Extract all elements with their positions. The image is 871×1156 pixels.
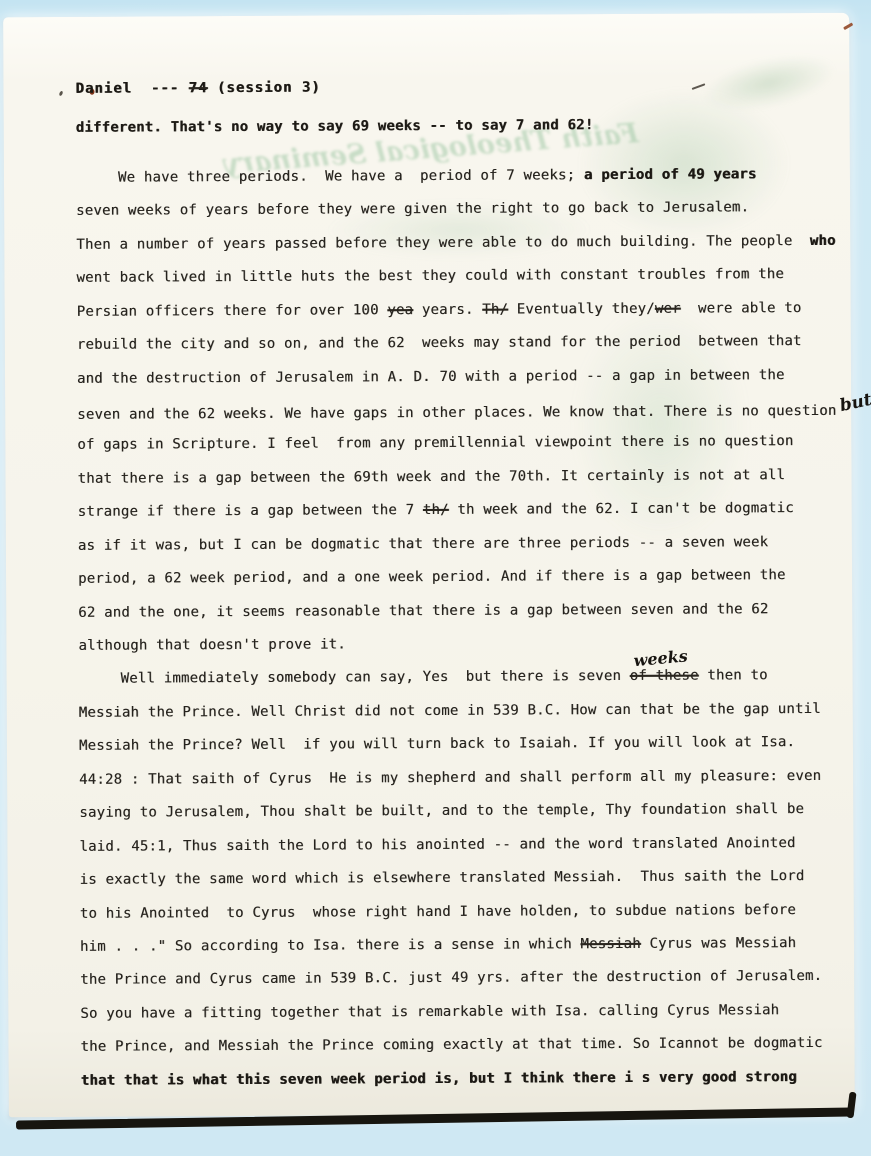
struck-out-text: Th/ (482, 301, 508, 317)
text-segment: that there is a gap between the 69th wee… (78, 467, 786, 487)
handwritten-insertion: weeks (633, 647, 689, 671)
text-line: 44:28 : That saith of Cyrus He is my she… (79, 768, 839, 805)
text-line: Then a number of years passed before the… (76, 233, 836, 270)
struck-out-text: wer (655, 300, 681, 316)
text-segment: a period of 49 years (584, 166, 757, 183)
text-segment: the Prince and Cyrus came in 539 B.C. ju… (80, 968, 822, 988)
text-line: strange if there is a gap between the 7 … (78, 500, 838, 537)
text-segment: 62 and the one, it seems reasonable that… (78, 601, 768, 621)
text-line: Daniel --- 74 (session 3) (75, 77, 835, 114)
text-segment: Persian officers there for over 100 (77, 302, 388, 320)
text-segment: who (810, 233, 836, 249)
text-segment: and the destruction of Jerusalem in A. D… (77, 367, 785, 387)
text-line: seven weeks of years before they were gi… (76, 199, 836, 236)
text-segment: saying to Jerusalem, Thou shalt be built… (79, 801, 804, 821)
text-segment: laid. 45:1, Thus saith the Lord to his a… (79, 835, 795, 855)
text-segment: Messiah the Prince? Well if you will tur… (79, 734, 795, 754)
struck-out-text: 74 (189, 80, 208, 96)
text-segment: Daniel --- (75, 80, 188, 97)
text-segment: rebuild the city and so on, and the 62 w… (77, 333, 802, 353)
text-segment: seven weeks of years before they were gi… (76, 200, 749, 220)
text-segment: of gaps in Scripture. I feel from any pr… (77, 433, 793, 453)
struck-out-text: of theseweeks (630, 668, 699, 684)
text-line: Messiah the Prince? Well if you will tur… (79, 734, 839, 771)
text-line: of gaps in Scripture. I feel from any pr… (77, 433, 837, 470)
text-line: him . . ." So according to Isa. there is… (80, 935, 840, 972)
text-segment: him . . ." So according to Isa. there is… (80, 936, 581, 955)
text-line: the Prince, and Messiah the Prince comin… (80, 1035, 840, 1072)
text-segment: Messiah the Prince. Well Christ did not … (79, 701, 821, 721)
text-line: 62 and the one, it seems reasonable that… (78, 600, 838, 637)
text-line: is exactly the same word which is elsewh… (80, 868, 840, 905)
text-line: that that is what this seven week period… (81, 1069, 841, 1106)
text-segment: went back lived in little huts the best … (76, 266, 784, 286)
text-segment: (session 3) (207, 80, 320, 97)
text-line: seven and the 62 weeks. We have gaps in … (77, 400, 837, 437)
text-line: We have three periods. We have a period … (76, 166, 836, 203)
scanned-page: Faith Theological Seminary Daniel --- 74… (3, 13, 855, 1117)
text-segment: strange if there is a gap between the 7 (78, 502, 423, 520)
text-line: and the destruction of Jerusalem in A. D… (77, 366, 837, 403)
text-line: the Prince and Cyrus came in 539 B.C. ju… (80, 968, 840, 1005)
text-segment: Then a number of years passed before the… (76, 233, 810, 253)
text-line: as if it was, but I can be dogmatic that… (78, 534, 838, 571)
struck-out-text: Messiah (580, 936, 640, 952)
text-segment: although that doesn't prove it. (78, 636, 346, 653)
text-line: went back lived in little huts the best … (76, 266, 836, 303)
text-segment: So you have a fitting together that is r… (80, 1002, 779, 1022)
struck-out-text: th/ (423, 502, 449, 518)
text-segment: were able to (681, 300, 802, 317)
text-segment: different. That's no way to say 69 weeks… (76, 118, 594, 137)
text-segment: Eventually they/ (508, 300, 655, 317)
text-line: rebuild the city and so on, and the 62 w… (77, 333, 837, 370)
text-line: to his Anointed to Cyrus whose right han… (80, 901, 840, 938)
text-segment: 44:28 : That saith of Cyrus He is my she… (79, 768, 821, 788)
text-segment: the Prince, and Messiah the Prince comin… (80, 1035, 822, 1055)
text-line: Messiah the Prince. Well Christ did not … (79, 701, 839, 738)
text-segment: that that is what this seven week period… (81, 1069, 797, 1089)
text-segment: as if it was, but I can be dogmatic that… (78, 534, 768, 554)
text-segment: We have three periods. We have a period … (118, 167, 584, 185)
text-line: Persian officers there for over 100 yea … (77, 299, 837, 336)
text-line: Well immediately somebody can say, Yes b… (79, 667, 839, 704)
text-line: laid. 45:1, Thus saith the Lord to his a… (79, 834, 839, 871)
text-line: period, a 62 week period, and a one week… (78, 567, 838, 604)
text-segment: to his Anointed to Cyrus whose right han… (80, 902, 796, 922)
text-segment: years. (413, 301, 482, 317)
struck-out-text: yea (387, 302, 413, 318)
text-line: although that doesn't prove it. (78, 634, 838, 671)
text-segment: Well immediately somebody can say, Yes b… (121, 668, 630, 687)
text-segment: th week and the 62. I can't be dogmatic (449, 500, 794, 518)
typewritten-text: Daniel --- 74 (session 3)different. That… (75, 77, 840, 1106)
ink-speck (59, 91, 64, 97)
text-line: different. That's no way to say 69 weeks… (76, 116, 836, 153)
text-segment: period, a 62 week period, and a one week… (78, 567, 786, 587)
text-segment: seven and the 62 weeks. We have gaps in … (77, 403, 836, 423)
text-segment: is exactly the same word which is elsewh… (80, 868, 805, 888)
text-segment: Cyrus was Messiah (641, 935, 796, 952)
text-line: saying to Jerusalem, Thou shalt be built… (79, 801, 839, 838)
text-line: So you have a fitting together that is r… (80, 1002, 840, 1039)
text-line: that there is a gap between the 69th wee… (78, 467, 838, 504)
text-segment: then to (699, 668, 768, 684)
